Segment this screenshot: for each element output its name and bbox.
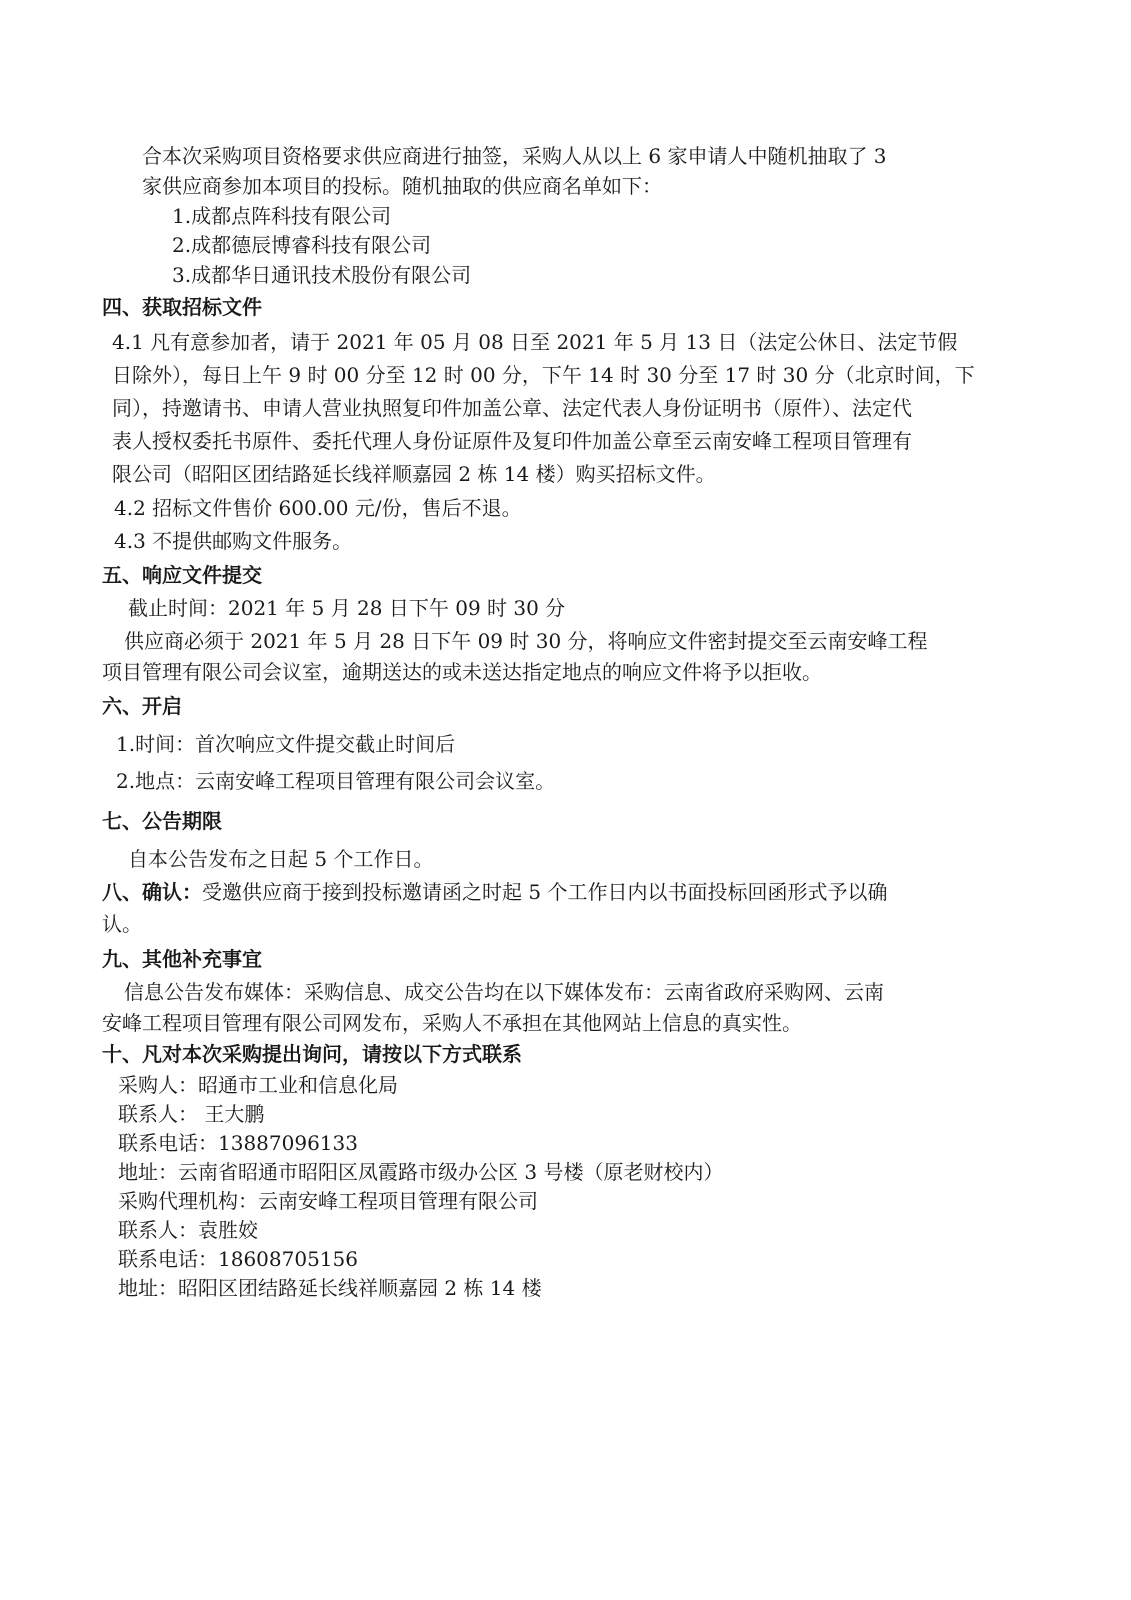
section-8-body: 受邀供应商于接到投标邀请函之时起 5 个工作日内以书面投标回函形式予以确 xyxy=(202,880,887,904)
section-10-heading: 十、凡对本次采购提出询问，请按以下方式联系 xyxy=(102,1040,522,1068)
supplier-item-2: 2.成都德辰博睿科技有限公司 xyxy=(172,231,431,259)
section-8-line-1: 八、确认：受邀供应商于接到投标邀请函之时起 5 个工作日内以书面投标回函形式予以… xyxy=(102,878,887,906)
section-9-heading: 九、其他补充事宜 xyxy=(102,945,262,973)
contact-agency-phone: 联系电话：18608705156 xyxy=(118,1245,358,1273)
section-8-heading: 八、确认： xyxy=(102,880,202,904)
contact-purchaser: 采购人：昭通市工业和信息化局 xyxy=(118,1071,398,1099)
section-9-body-line-2: 安峰工程项目管理有限公司网发布，采购人不承担在其他网站上信息的真实性。 xyxy=(102,1009,802,1037)
section-5-body-line-1: 供应商必须于 2021 年 5 月 28 日下午 09 时 30 分，将响应文件… xyxy=(124,627,928,655)
supplier-item-3: 3.成都华日通讯技术股份有限公司 xyxy=(172,261,471,289)
contact-purchaser-address: 地址：云南省昭通市昭阳区凤霞路市级办公区 3 号楼（原老财校内） xyxy=(118,1158,723,1186)
section-4-p2: 4.2 招标文件售价 600.00 元/份，售后不退。 xyxy=(114,494,522,522)
section-5-heading: 五、响应文件提交 xyxy=(102,561,262,589)
contact-agency-person: 联系人：袁胜姣 xyxy=(118,1216,258,1244)
section-5-body-line-2: 项目管理有限公司会议室，逾期送达的或未送达指定地点的响应文件将予以拒收。 xyxy=(102,658,822,686)
section-4-p3: 4.3 不提供邮购文件服务。 xyxy=(114,527,352,555)
section-4-p1-line-4: 表人授权委托书原件、委托代理人身份证原件及复印件加盖公章至云南安峰工程项目管理有 xyxy=(112,427,912,455)
section-4-p1-line-2: 日除外），每日上午 9 时 00 分至 12 时 00 分，下午 14 时 30… xyxy=(112,361,975,389)
section-4-p1-line-5: 限公司（昭阳区团结路延长线祥顺嘉园 2 栋 14 楼）购买招标文件。 xyxy=(112,460,716,488)
section-6-place: 2.地点：云南安峰工程项目管理有限公司会议室。 xyxy=(116,767,555,795)
section-4-p1-line-1: 4.1 凡有意参加者，请于 2021 年 05 月 08 日至 2021 年 5… xyxy=(112,328,957,356)
contact-purchaser-phone: 联系电话：13887096133 xyxy=(118,1129,358,1157)
supplier-item-1: 1.成都点阵科技有限公司 xyxy=(172,202,391,230)
contact-agency-address: 地址：昭阳区团结路延长线祥顺嘉园 2 栋 14 楼 xyxy=(118,1274,542,1302)
section-5-deadline: 截止时间：2021 年 5 月 28 日下午 09 时 30 分 xyxy=(128,594,565,622)
section-9-body-line-1: 信息公告发布媒体：采购信息、成交公告均在以下媒体发布：云南省政府采购网、云南 xyxy=(124,978,884,1006)
section-8-line-2: 认。 xyxy=(102,910,142,938)
section-4-heading: 四、获取招标文件 xyxy=(102,293,262,321)
section-6-time: 1.时间：首次响应文件提交截止时间后 xyxy=(116,730,455,758)
intro-line-2: 家供应商参加本项目的投标。随机抽取的供应商名单如下： xyxy=(142,172,662,200)
section-7-body: 自本公告发布之日起 5 个工作日。 xyxy=(128,845,433,873)
section-6-heading: 六、开启 xyxy=(102,692,182,720)
intro-line-1: 合本次采购项目资格要求供应商进行抽签，采购人从以上 6 家申请人中随机抽取了 3 xyxy=(142,142,887,170)
contact-purchaser-person: 联系人： 王大鹏 xyxy=(118,1100,264,1128)
contact-agency: 采购代理机构：云南安峰工程项目管理有限公司 xyxy=(118,1187,538,1215)
section-7-heading: 七、公告期限 xyxy=(102,807,222,835)
section-4-p1-line-3: 同），持邀请书、申请人营业执照复印件加盖公章、法定代表人身份证明书（原件）、法定… xyxy=(112,394,912,422)
